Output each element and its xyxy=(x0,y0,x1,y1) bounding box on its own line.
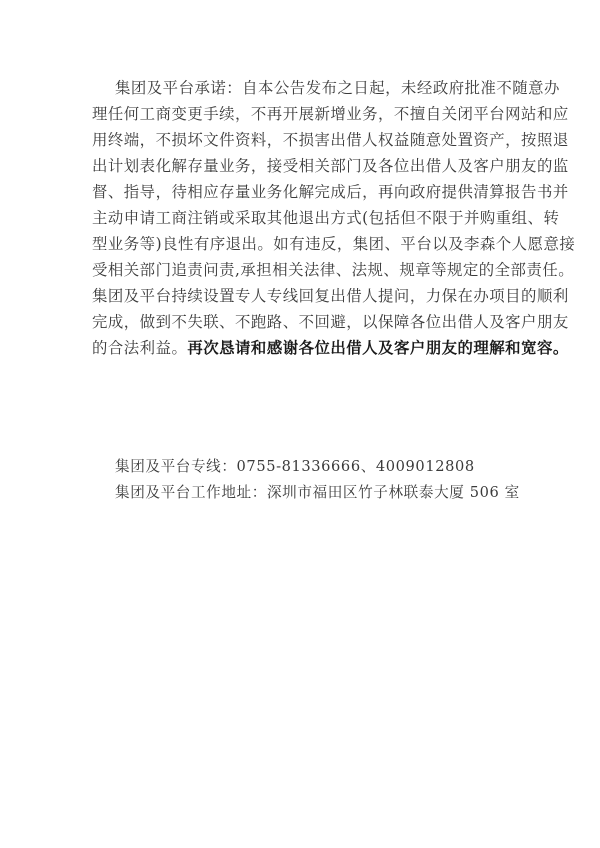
address-line: 集团及平台工作地址：深圳市福田区竹子林联泰大厦 506 室 xyxy=(115,483,520,503)
paragraph-line-4: 出计划表化解存量业务，接受相关部门及各位出借人及客户朋友的监 xyxy=(92,156,512,176)
paragraph-line-8: 受相关部门追责问责,承担相关法律、法规、规章等规定的全部责任。 xyxy=(92,260,512,280)
paragraph-line-2: 理任何工商变更手续，不再开展新增业务，不擅自关闭平台网站和应 xyxy=(92,104,512,124)
paragraph-line-10: 完成，做到不失联、不跑路、不回避，以保障各位出借人及客户朋友 xyxy=(92,312,512,332)
paragraph-line-9: 集团及平台持续设置专人专线回复出借人提问，力保在办项目的顺利 xyxy=(92,286,512,306)
closing-appeal-bold: 再次恳请和感谢各位出借人及客户朋友的理解和宽容。 xyxy=(187,339,568,357)
paragraph-line-1: 集团及平台承诺：自本公告发布之日起，未经政府批准不随意办 xyxy=(115,78,512,98)
paragraph-line-7: 型业务等)良性有序退出。如有违反，集团、平台以及李森个人愿意接 xyxy=(92,234,512,254)
document-page: 集团及平台承诺：自本公告发布之日起，未经政府批准不随意办 理任何工商变更手续，不… xyxy=(0,0,600,848)
closing-text: 的合法利益。 xyxy=(92,339,187,357)
paragraph-last-line: 的合法利益。再次恳请和感谢各位出借人及客户朋友的理解和宽容。 xyxy=(92,338,512,358)
paragraph-line-3: 用终端，不损坏文件资料，不损害出借人权益随意处置资产，按照退 xyxy=(92,130,512,150)
paragraph-line-5: 督、指导，待相应存量业务化解完成后，再向政府提供清算报告书并 xyxy=(92,182,512,202)
paragraph-line-6: 主动申请工商注销或采取其他退出方式(包括但不限于并购重组、转 xyxy=(92,208,512,228)
hotline-line: 集团及平台专线：0755-81336666、4009012808 xyxy=(115,457,475,477)
